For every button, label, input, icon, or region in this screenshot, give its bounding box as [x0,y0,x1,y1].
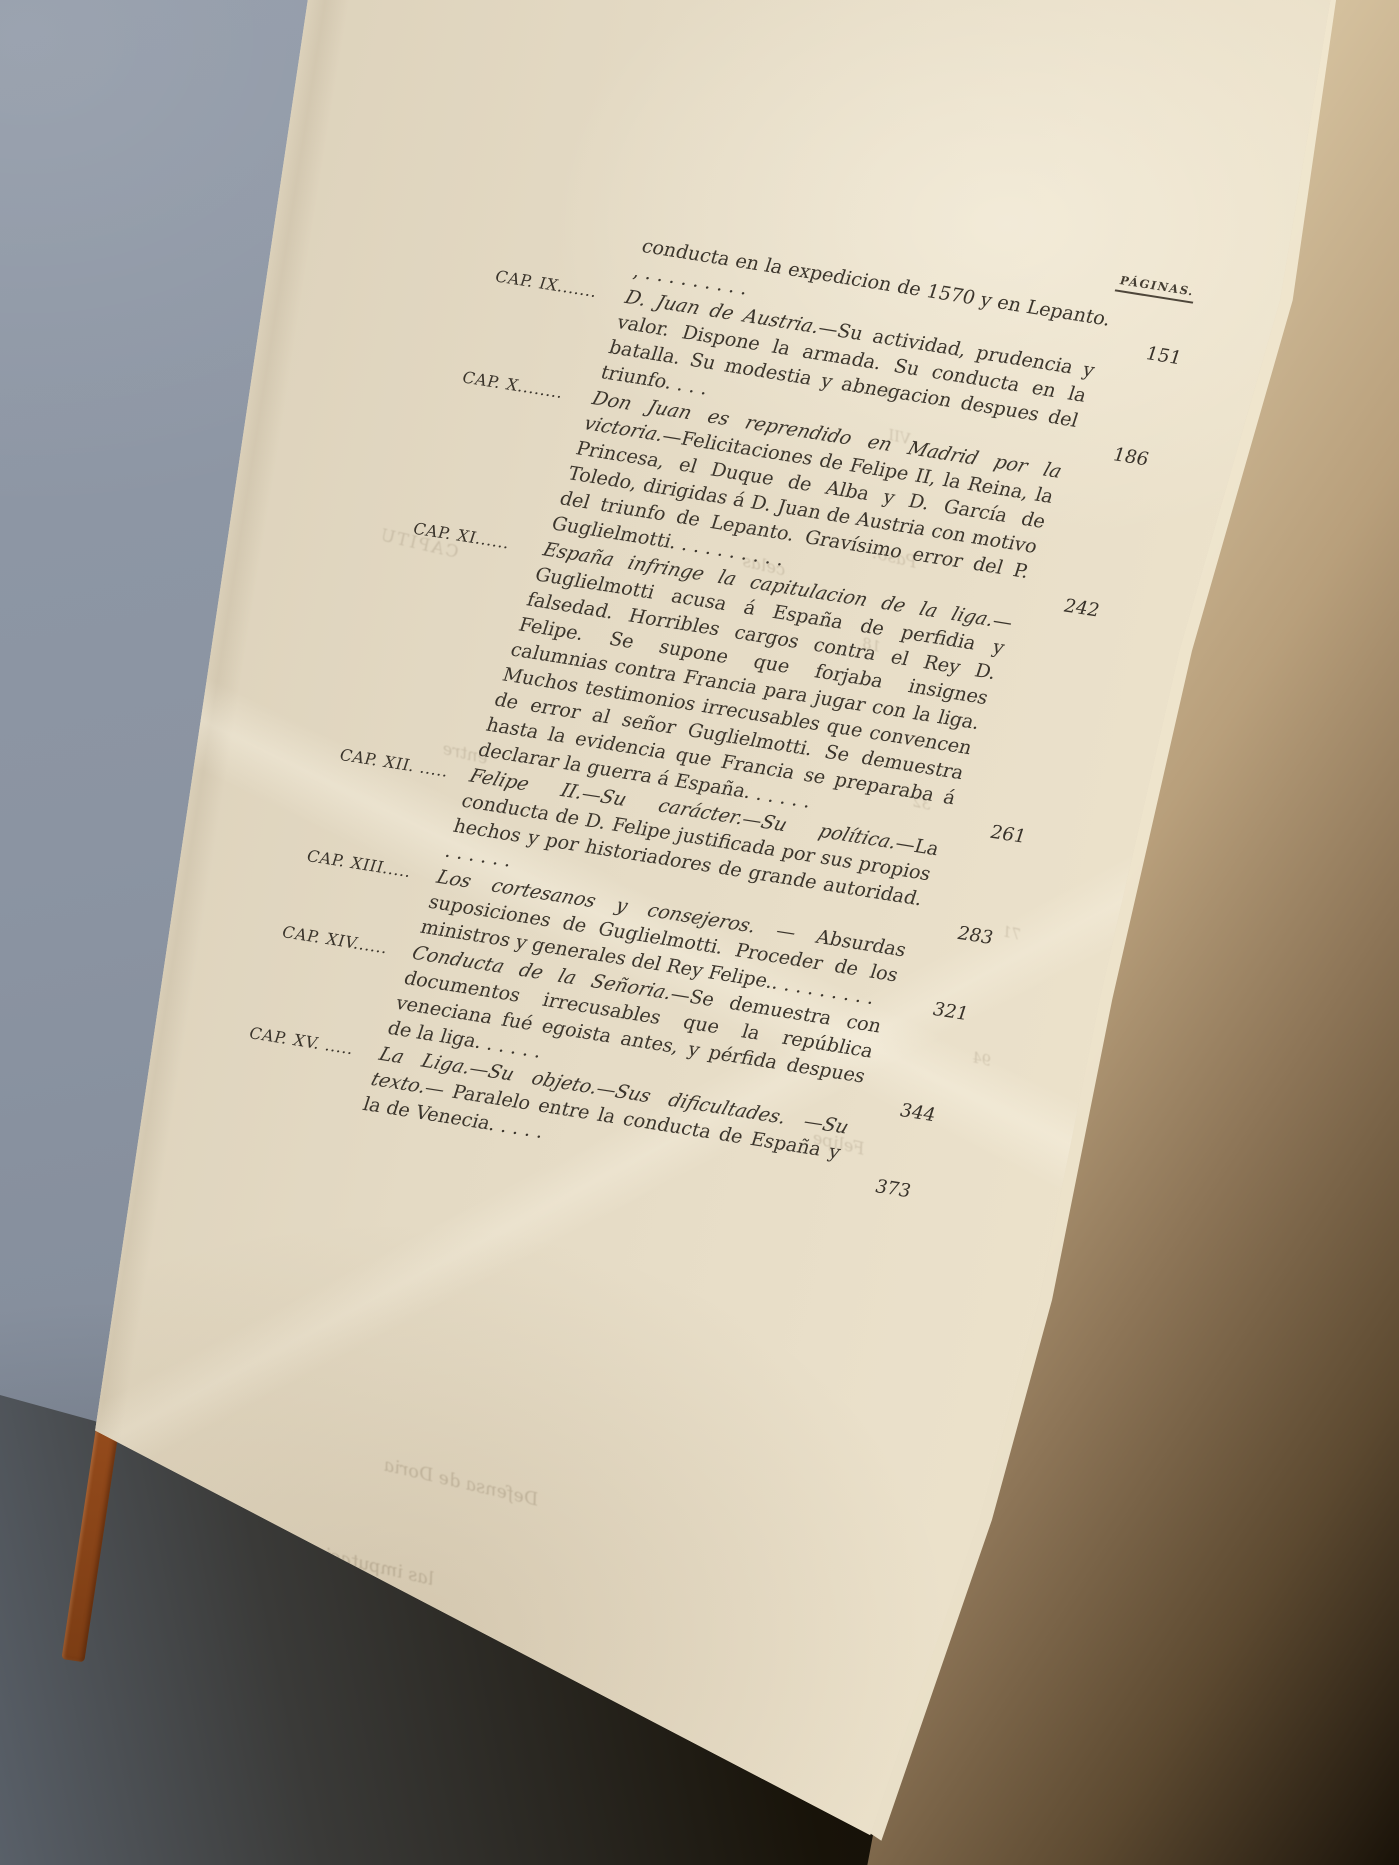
paginas-column-header: PÁGINAS. [1114,273,1198,304]
show-through-text: Defensa de Doria [382,1455,541,1511]
show-through-text: 71 [1000,922,1023,944]
photo-of-open-book: { "scene": { "description": "photograph … [0,0,1399,1865]
table-of-contents: PÁGINAS. conducta en la expedicion de 15… [229,179,1205,1204]
show-through-text: 94 [970,1048,993,1070]
page-number: 373 [866,1175,914,1203]
